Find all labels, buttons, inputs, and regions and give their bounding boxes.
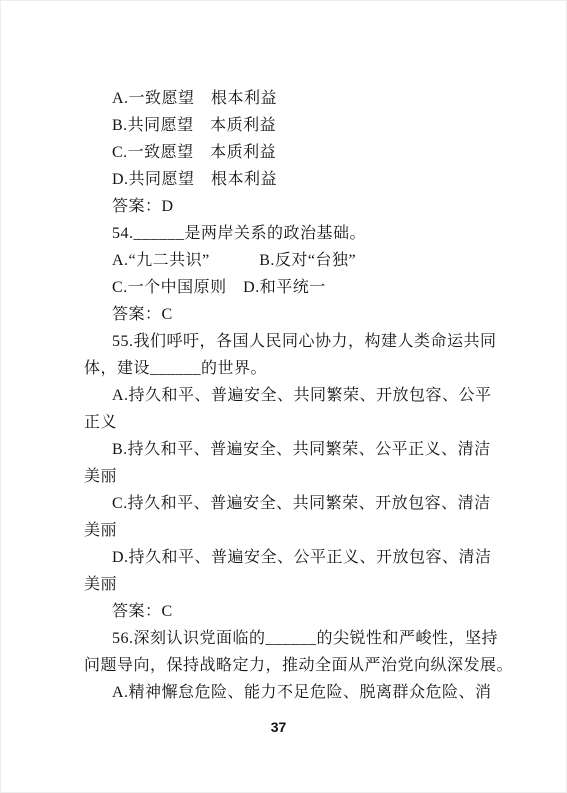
page-number: 37	[271, 719, 287, 735]
question-line: 体，建设______的世界。	[84, 355, 554, 382]
option-line: 美丽	[84, 463, 554, 490]
option-line: C.一个中国原则 D.和平统一	[84, 274, 554, 301]
option-line: C.持久和平、普遍安全、共同繁荣、开放包容、清洁	[84, 490, 554, 517]
question-line: 问题导向，保持战略定力，推动全面从严治党向纵深发展。	[84, 652, 554, 679]
answer-line: 答案：C	[84, 301, 554, 328]
question-text-block: A.一致愿望 根本利益 B.共同愿望 本质利益 C.一致愿望 本质利益 D.共同…	[84, 85, 554, 706]
option-line: B.持久和平、普遍安全、共同繁荣、公平正义、清洁	[84, 436, 554, 463]
option-line: 美丽	[84, 571, 554, 598]
question-line: 56.深刻认识党面临的______的尖锐性和严峻性，坚持	[84, 625, 554, 652]
option-line: C.一致愿望 本质利益	[84, 139, 554, 166]
option-line: A.“九二共识” B.反对“台独”	[84, 247, 554, 274]
option-line: A.持久和平、普遍安全、共同繁荣、开放包容、公平	[84, 382, 554, 409]
answer-line: 答案：C	[84, 598, 554, 625]
option-line: D.共同愿望 根本利益	[84, 166, 554, 193]
option-line: B.共同愿望 本质利益	[84, 112, 554, 139]
option-line: 正义	[84, 409, 554, 436]
document-page: A.一致愿望 根本利益 B.共同愿望 本质利益 C.一致愿望 本质利益 D.共同…	[0, 0, 567, 793]
answer-line: 答案：D	[84, 193, 554, 220]
option-line: D.持久和平、普遍安全、公平正义、开放包容、清洁	[84, 544, 554, 571]
question-line: 55.我们呼吁，各国人民同心协力，构建人类命运共同	[84, 328, 554, 355]
option-line: A.一致愿望 根本利益	[84, 85, 554, 112]
option-line: A.精神懈怠危险、能力不足危险、脱离群众危险、消	[84, 679, 554, 706]
option-line: 美丽	[84, 517, 554, 544]
page-footer: 37	[1, 719, 556, 737]
question-line: 54.______是两岸关系的政治基础。	[84, 220, 554, 247]
